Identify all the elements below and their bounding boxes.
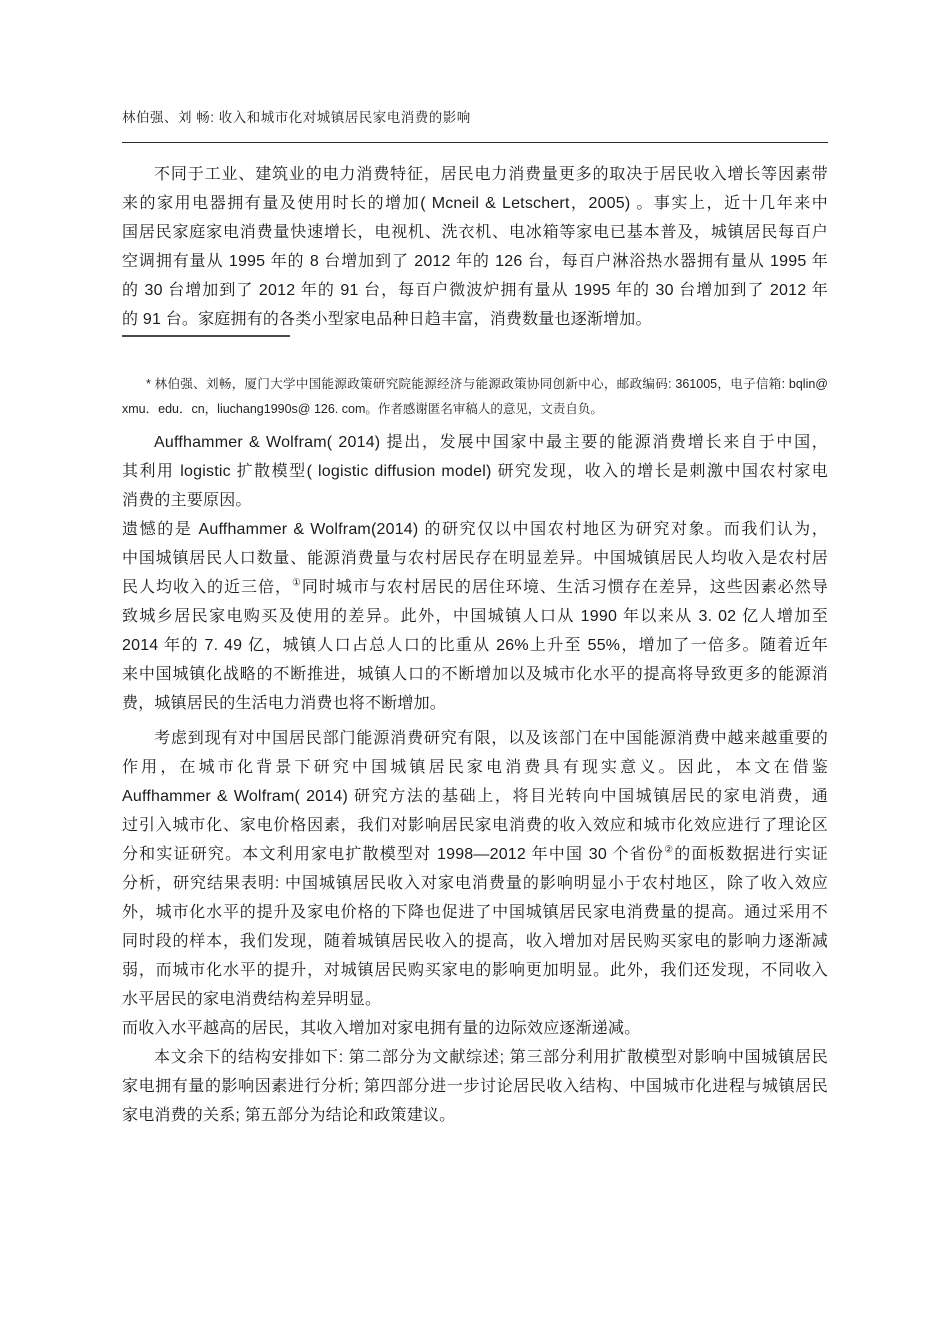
author-footnote: * 林伯强、刘畅，厦门大学中国能源政策研究院能源经济与能源政策协同创新中心，邮政…	[122, 372, 828, 422]
paragraph-marginal-effect: 而收入水平越高的居民，其收入增加对家电拥有量的边际效应逐渐递减。	[122, 1014, 828, 1043]
text-line: 外，城市化水平的提升及家电价格的下降也促进了中国城镇居民家电消费量的提高。通过采…	[122, 898, 828, 927]
text-line: 其利用 logistic 扩散模型( logistic diffusion mo…	[122, 457, 828, 486]
text-line: 不同于工业、建筑业的电力消费特征，居民电力消费量更多的取决于居民收入增长等因素带	[122, 160, 828, 189]
header-rule	[122, 142, 828, 143]
text-line: 遗憾的是 Auffhammer & Wolfram(2014) 的研究仅以中国农…	[122, 515, 828, 544]
running-header: 林伯强、刘 畅: 收入和城市化对城镇居民家电消费的影响	[122, 108, 828, 127]
text-line: 家电拥有量的影响因素进行分析; 第四部分进一步讨论居民收入结构、中国城市化进程与…	[122, 1072, 828, 1101]
page-content: 林伯强、刘 畅: 收入和城市化对城镇居民家电消费的影响 不同于工业、建筑业的电力…	[122, 108, 828, 1130]
text-line: 水平居民的家电消费结构差异明显。	[122, 985, 828, 1014]
text-line: 而收入水平越高的居民，其收入增加对家电拥有量的边际效应逐渐递减。	[122, 1014, 828, 1043]
text-line: 考虑到现有对中国居民部门能源消费研究有限，以及该部门在中国能源消费中越来越重要的	[122, 724, 828, 753]
text-line: 的 30 台增加到了 2012 年的 91 台，每百户微波炉拥有量从 1995 …	[122, 276, 828, 305]
text-line: 作用，在城市化背景下研究中国城镇居民家电消费具有现实意义。因此，本文在借鉴	[122, 753, 828, 782]
text-line: 国居民家庭家电消费量快速增长，电视机、洗衣机、电冰箱等家电已基本普及，城镇居民每…	[122, 218, 828, 247]
text-line: 2014 年的 7. 49 亿，城镇人口占总人口的比重从 26%上升至 55%，…	[122, 631, 828, 660]
text-line: 分和实证研究。本文利用家电扩散模型对 1998—2012 年中国 30 个省份②…	[122, 840, 828, 869]
text-line: 民人均收入的近三倍，①同时城市与农村居民的居住环境、生活习惯存在差异，这些因素必…	[122, 573, 828, 602]
text-line: 来的家用电器拥有量及使用时长的增加( Mcneil & Letschert，20…	[122, 189, 828, 218]
document-page: 林伯强、刘 畅: 收入和城市化对城镇居民家电消费的影响 不同于工业、建筑业的电力…	[0, 0, 950, 1344]
footnote-separator	[122, 335, 290, 337]
text-line: 致城乡居民家电购买及使用的差异。此外，中国城镇人口从 1990 年以来从 3. …	[122, 602, 828, 631]
text-line: 分析，研究结果表明: 中国城镇居民收入对家电消费量的影响明显小于农村地区，除了收…	[122, 869, 828, 898]
footnote-line: xmu．edu．cn，liuchang1990s@ 126. com。作者感谢匿…	[122, 397, 828, 422]
text-line: 中国城镇居民人口数量、能源消费量与农村居民存在明显差异。中国城镇居民人均收入是农…	[122, 544, 828, 573]
footnote-line: * 林伯强、刘畅，厦门大学中国能源政策研究院能源经济与能源政策协同创新中心，邮政…	[122, 372, 828, 397]
running-header-text: 林伯强、刘 畅: 收入和城市化对城镇居民家电消费的影响	[122, 110, 471, 125]
text-line: 过引入城市化、家电价格因素，我们对影响居民家电消费的收入效应和城市化效应进行了理…	[122, 811, 828, 840]
paragraph-intro: 不同于工业、建筑业的电力消费特征，居民电力消费量更多的取决于居民收入增长等因素带…	[122, 160, 828, 334]
text-line: 的 91 台。家庭拥有的各类小型家电品种日趋丰富，消费数量也逐渐增加。	[122, 305, 828, 334]
text-line: 本文余下的结构安排如下: 第二部分为文献综述; 第三部分利用扩散模型对影响中国城…	[122, 1043, 828, 1072]
paragraph-urban-rural-difference: 遗憾的是 Auffhammer & Wolfram(2014) 的研究仅以中国农…	[122, 515, 828, 718]
text-line: 家电消费的关系; 第五部分为结论和政策建议。	[122, 1101, 828, 1130]
text-line: Auffhammer & Wolfram( 2014) 提出，发展中国家中最主要…	[122, 428, 828, 457]
text-line: 空调拥有量从 1995 年的 8 台增加到了 2012 年的 126 台，每百户…	[122, 247, 828, 276]
text-line: 费，城镇居民的生活电力消费也将不断增加。	[122, 689, 828, 718]
text-line: 来中国城镇化战略的不断推进，城镇人口的不断增加以及城市化水平的提高将导致更多的能…	[122, 660, 828, 689]
paragraph-research-design: 考虑到现有对中国居民部门能源消费研究有限，以及该部门在中国能源消费中越来越重要的…	[122, 724, 828, 1014]
text-line: 弱，而城市化水平的提升，对城镇居民购买家电的影响更加明显。此外，我们还发现，不同…	[122, 956, 828, 985]
paragraph-structure-outline: 本文余下的结构安排如下: 第二部分为文献综述; 第三部分利用扩散模型对影响中国城…	[122, 1043, 828, 1130]
text-line: 同时段的样本，我们发现，随着城镇居民收入的提高，收入增加对居民购买家电的影响力逐…	[122, 927, 828, 956]
text-line: 消费的主要原因。	[122, 486, 828, 515]
text-line: Auffhammer & Wolfram( 2014) 研究方法的基础上，将目光…	[122, 782, 828, 811]
paragraph-auffhammer: Auffhammer & Wolfram( 2014) 提出，发展中国家中最主要…	[122, 428, 828, 515]
